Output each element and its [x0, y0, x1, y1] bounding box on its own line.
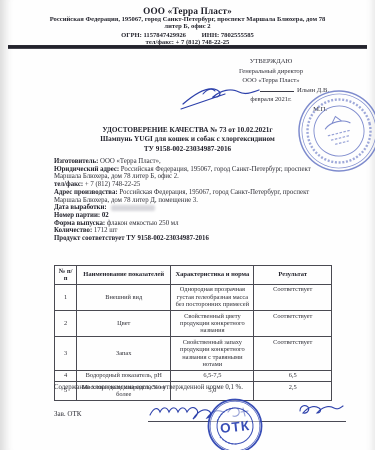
cell-spec: Однородная прозрачная густая гелеобразна… [171, 284, 254, 310]
detail-production-date: Дата выработки: [54, 204, 332, 212]
detail-telfax: тел/факс: + 7 (812) 748-22-25 [54, 181, 332, 189]
title-product-line: Шампунь YUGI для кошек и собак с хлоргек… [20, 135, 355, 144]
col-header-result: Результат [254, 266, 332, 285]
detail-release-form: Форма выпуска: флакон емкостью 250 мл [54, 220, 332, 228]
cell-result: 6,5 [254, 370, 332, 381]
cell-name: Внешний вид [77, 284, 171, 310]
redacted-date-blur [111, 205, 155, 211]
header-divider [8, 45, 367, 49]
table-row: 2 Цвет Свойственный цвету продукции конк… [55, 311, 332, 337]
director-signature-icon [179, 82, 265, 112]
otk-round-stamp-icon: ОТК [203, 394, 267, 450]
approval-word: УТВЕРЖДАЮ [203, 57, 339, 67]
title-number-line: УДОСТОВЕРЕНИЕ КАЧЕСТВА № 73 от 10.02.202… [20, 126, 355, 135]
title-tu-line: ТУ 9158-002-23034987-2016 [20, 145, 355, 154]
approval-role: Генеральный директор [203, 67, 339, 77]
product-details: Изготовитель: ООО «Терра Пласт», Юридиче… [54, 158, 332, 243]
detail-legal-address: Юридический адрес: Российская Федерация,… [54, 166, 332, 181]
detail-conformity: Продукт соответствует ТУ 9158-002-230349… [54, 235, 332, 243]
detail-batch-number: Номер партии: 02 [54, 212, 332, 220]
table-row: 4 Водородный показатель, pH 6,5-7,5 6,5 [55, 370, 332, 381]
col-header-spec: Характеристика и норма [171, 266, 254, 285]
cell-num: 2 [55, 311, 77, 337]
cell-name: Водородный показатель, pH [77, 370, 171, 381]
col-header-num: № п/п [55, 266, 77, 285]
cell-name: Запах [77, 337, 171, 371]
company-name: ООО «Терра Пласт» [10, 6, 365, 16]
chlorhexidine-note: Содержание хлоргексидина согласно утверж… [54, 384, 344, 391]
company-address-line2: литер Б, офис 2 [10, 23, 365, 30]
spec-table: № п/п Наименование показателей Характери… [54, 265, 332, 401]
cell-spec: Свойственный запаху продукции конкретног… [171, 337, 254, 371]
otk-label: Зав. ОТК [54, 410, 81, 418]
document-page: ООО «Терра Пласт» Российская Федерация, … [0, 0, 375, 450]
table-row: 1 Внешний вид Однородная прозрачная густ… [55, 284, 332, 310]
col-header-name: Наименование показателей [77, 266, 171, 285]
cell-num: 4 [55, 370, 77, 381]
detail-manufacturer: Изготовитель: ООО «Терра Пласт», [54, 158, 332, 166]
otk-stamp-text: ОТК [219, 418, 250, 436]
cell-num: 1 [55, 284, 77, 310]
cell-result: Соответствует [254, 284, 332, 310]
detail-production-address: Адрес производства: Российская Федерация… [54, 189, 332, 204]
cell-name: Цвет [77, 311, 171, 337]
ogrn-number: ОГРН: 1157847429926 [121, 32, 186, 39]
cell-result: Соответствует [254, 311, 332, 337]
detail-quantity: Количество: 1712 шт [54, 227, 332, 235]
signature-line [260, 86, 294, 92]
table-row: 3 Запах Свойственный запаху продукции ко… [55, 337, 332, 371]
letterhead: ООО «Терра Пласт» Российская Федерация, … [10, 6, 365, 47]
company-registration: ОГРН: 1157847429926 ИНН: 7802555585 [10, 32, 365, 39]
cell-spec: 6,5-7,5 [171, 370, 254, 381]
cell-result: Соответствует [254, 337, 332, 371]
company-address-line1: Российская Федерация, 195067, город Санк… [10, 16, 365, 23]
inn-number: ИНН: 7802555585 [202, 32, 254, 39]
document-title: УДОСТОВЕРЕНИЕ КАЧЕСТВА № 73 от 10.02.202… [20, 126, 355, 154]
cell-num: 3 [55, 337, 77, 371]
cell-spec: Свойственный цвету продукции конкретного… [171, 311, 254, 337]
table-header-row: № п/п Наименование показателей Характери… [55, 266, 332, 285]
second-signature-icon [294, 398, 346, 418]
